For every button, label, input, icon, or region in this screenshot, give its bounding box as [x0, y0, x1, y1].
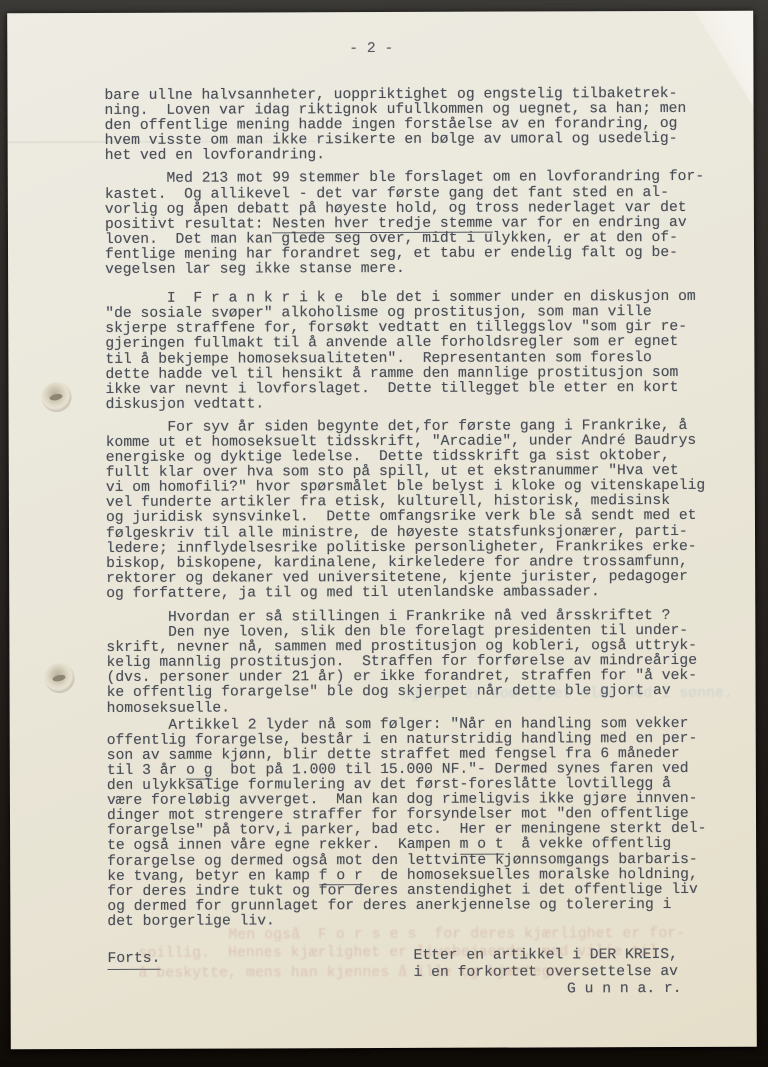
punch-hole	[41, 382, 71, 412]
bleedthrough-text: Men også F o r s e s for deres kjærlighe…	[228, 927, 685, 944]
text-line: het ved en lovforandring.	[105, 147, 704, 164]
punch-hole	[44, 663, 74, 693]
text-segment: positivt resultat:	[105, 216, 273, 233]
bleedthrough-text: å beskytte, mens han kjennes å ille og k…	[139, 965, 569, 982]
text-segment: het ved en lovforandring.	[105, 148, 325, 165]
page-number: - 2 -	[7, 40, 735, 59]
paragraph: For syv år siden begynte det,for første …	[106, 419, 706, 602]
text-segment: vegelsen lar seg ikke stanse mere.	[105, 261, 405, 278]
paragraph: bare ullne halvsannheter, uoppriktighet …	[104, 87, 704, 165]
paragraph: I F r a n k r i k e ble det i sommer und…	[105, 290, 705, 413]
text-segment: å vekke offentlig	[504, 836, 672, 853]
text-line: ikke var nevnt i lovforslaget. Dette til…	[105, 381, 704, 398]
paragraph: Artikkel 2 lyder nå som følger: "Når en …	[107, 717, 707, 930]
text-segment: og dermed for grunnlaget for deres anerk…	[107, 897, 671, 915]
text-segment: ikke var nevnt i lovforslaget. Dette til…	[105, 380, 678, 398]
bleedthrough-text: spillig. Hennes kjærlighet er livsbejaen…	[138, 945, 658, 962]
signature: G u n n a. r.	[414, 981, 682, 999]
text-line: vegelsen lar seg ikke stanse mere.	[105, 261, 704, 278]
text-segment: til 3 år	[107, 763, 186, 779]
text-segment: var for en endring av	[493, 215, 687, 232]
text-segment: og forfattere, ja til og med til utenlan…	[106, 584, 600, 602]
text-line: og forfattere, ja til og med til utenlan…	[106, 585, 705, 602]
body-text: bare ullne halvsannheter, uoppriktighet …	[104, 87, 706, 930]
text-line: diskusjon vedtatt.	[106, 396, 705, 413]
bleedthrough-text: og det er som lyset slår ned i sønne.	[402, 687, 733, 703]
paragraph: Med 213 mot 99 stemmer ble forslaget om …	[105, 170, 705, 278]
text-line: og dermed for grunnlaget for deres anerk…	[107, 898, 706, 915]
text-segment: homoseksuelle.	[107, 700, 230, 716]
text-segment: hvem visste om man ikke risikerte en bøl…	[105, 131, 678, 149]
text-segment: diskusjon vedtatt.	[106, 396, 265, 413]
document-page: - 2 - bare ullne halvsannheter, uopprikt…	[7, 11, 757, 1050]
